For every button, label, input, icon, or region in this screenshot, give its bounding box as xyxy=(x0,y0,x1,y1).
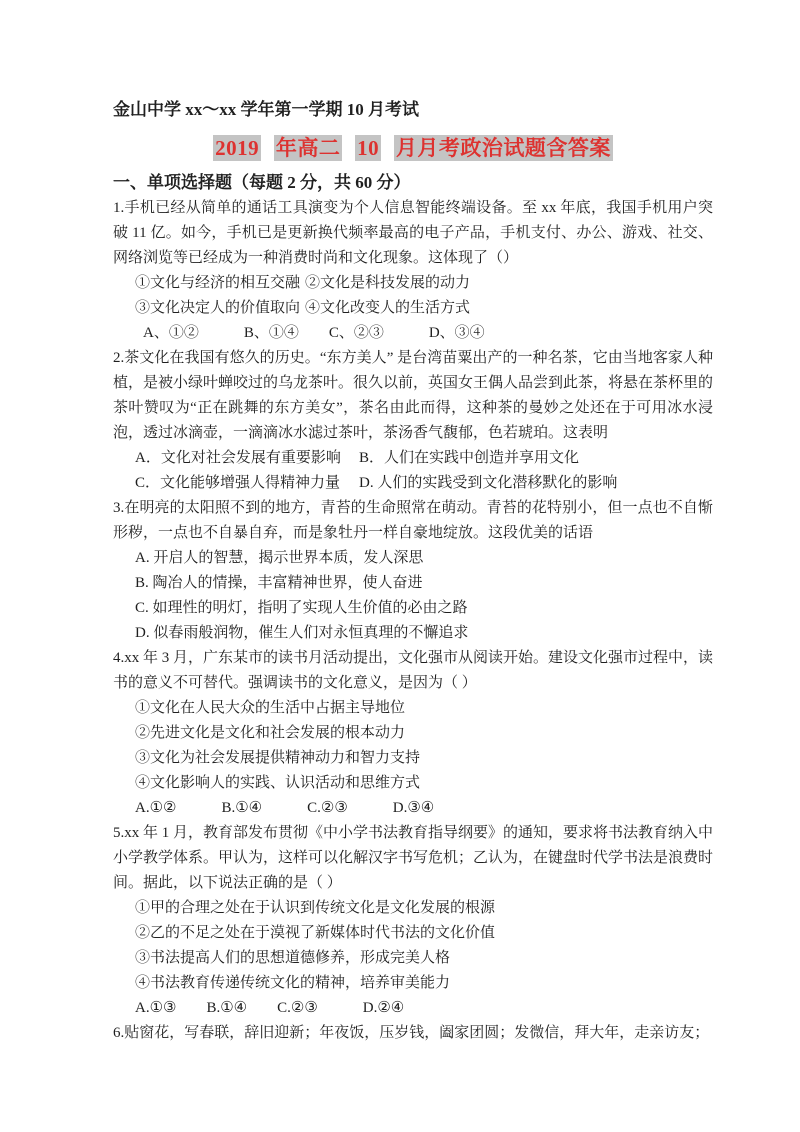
document-content: 金山中学 xx～xx 学年第一学期 10 月考试 2019 年高二 10 月月考… xyxy=(113,98,713,1046)
question-2-choices-row-2: C．文化能够增强人得精神力量 D. 人们的实践受到文化潜移默化的影响 xyxy=(113,471,713,496)
choice-item-c: C．文化能够增强人得精神力量 xyxy=(135,471,359,496)
choice-item-4: ④文化改变人的生活方式 xyxy=(305,296,713,321)
section-heading: 一、单项选择题（每题 2 分，共 60 分） xyxy=(113,169,713,196)
exam-header: 金山中学 xx～xx 学年第一学期 10 月考试 xyxy=(113,98,713,122)
question-3-stem: 3.在明亮的太阳照不到的地方，青苔的生命照常在萌动。青苔的花特别小，但一点也不自… xyxy=(113,496,713,546)
choice-item-3: ③书法提高人们的思想道德修养，形成完美人格 xyxy=(113,946,713,971)
choice-item-3: ③文化为社会发展提供精神动力和智力支持 xyxy=(113,746,713,771)
question-1-stem: 1.手机已经从简单的通话工具演变为个人信息智能终端设备。至 xx 年底，我国手机… xyxy=(113,196,713,271)
exam-title-segment-month: 10 xyxy=(355,135,381,161)
question-1: 1.手机已经从简单的通话工具演变为个人信息智能终端设备。至 xx 年底，我国手机… xyxy=(113,196,713,346)
choice-item-a: A. 开启人的智慧，揭示世界本质，发人深思 xyxy=(113,546,713,571)
exam-title-segment-grade: 年高二 xyxy=(274,135,343,161)
choice-item-a: A．文化对社会发展有重要影响 xyxy=(135,446,359,471)
choice-item-b: B．人们在实践中创造并享用文化 xyxy=(359,446,713,471)
choice-item-b: B. 陶冶人的情操，丰富精神世界，使人奋进 xyxy=(113,571,713,596)
question-1-answer-row: A、①② B、①④ C、②③ D、③④ xyxy=(113,321,713,346)
exam-title: 2019 年高二 10 月月考政治试题含答案 xyxy=(113,133,713,163)
choice-item-d: D. 人们的实践受到文化潜移默化的影响 xyxy=(359,471,713,496)
choice-item-4: ④书法教育传递传统文化的精神，培养审美能力 xyxy=(113,971,713,996)
exam-title-segment-year: 2019 xyxy=(213,135,261,161)
question-1-choices-row-2: ③文化决定人的价值取向 ④文化改变人的生活方式 xyxy=(113,296,713,321)
choice-item-1: ①文化在人民大众的生活中占据主导地位 xyxy=(113,696,713,721)
choice-item-2: ②先进文化是文化和社会发展的根本动力 xyxy=(113,721,713,746)
question-4: 4.xx 年 3 月，广东某市的读书月活动提出，文化强市从阅读开始。建设文化强市… xyxy=(113,646,713,821)
choice-item-2: ②乙的不足之处在于漠视了新媒体时代书法的文化价值 xyxy=(113,921,713,946)
choice-item-2: ②文化是科技发展的动力 xyxy=(305,271,713,296)
exam-title-segment-subject: 月月考政治试题含答案 xyxy=(394,135,613,161)
question-2-stem: 2.茶文化在我国有悠久的历史。“东方美人” 是台湾苗粟出产的一种名茶，它由当地客… xyxy=(113,346,713,446)
question-5: 5.xx 年 1 月，教育部发布贯彻《中小学书法教育指导纲要》的通知，要求将书法… xyxy=(113,821,713,1021)
question-5-stem: 5.xx 年 1 月，教育部发布贯彻《中小学书法教育指导纲要》的通知，要求将书法… xyxy=(113,821,713,896)
choice-item-4: ④文化影响人的实践、认识活动和思维方式 xyxy=(113,771,713,796)
choice-item-d: D. 似春雨般润物，催生人们对永恒真理的不懈追求 xyxy=(113,621,713,646)
question-2-choices-row-1: A．文化对社会发展有重要影响 B．人们在实践中创造并享用文化 xyxy=(113,446,713,471)
question-5-answer-row: A.①③ B.①④ C.②③ D.②④ xyxy=(113,996,713,1021)
question-1-choices-row-1: ①文化与经济的相互交融 ②文化是科技发展的动力 xyxy=(113,271,713,296)
choice-item-c: C. 如理性的明灯，指明了实现人生价值的必由之路 xyxy=(113,596,713,621)
exam-document-page: 金山中学 xx～xx 学年第一学期 10 月考试 2019 年高二 10 月月考… xyxy=(0,0,800,1132)
question-2: 2.茶文化在我国有悠久的历史。“东方美人” 是台湾苗粟出产的一种名茶，它由当地客… xyxy=(113,346,713,496)
choice-item-1: ①甲的合理之处在于认识到传统文化是文化发展的根源 xyxy=(113,896,713,921)
question-4-stem: 4.xx 年 3 月，广东某市的读书月活动提出，文化强市从阅读开始。建设文化强市… xyxy=(113,646,713,696)
question-6: 6.贴窗花，写春联，辞旧迎新；年夜饭，压岁钱，阖家团圆；发微信，拜大年，走亲访友… xyxy=(113,1021,713,1046)
choice-item-3: ③文化决定人的价值取向 xyxy=(135,296,305,321)
question-6-stem: 6.贴窗花，写春联，辞旧迎新；年夜饭，压岁钱，阖家团圆；发微信，拜大年，走亲访友… xyxy=(113,1021,713,1046)
question-3: 3.在明亮的太阳照不到的地方，青苔的生命照常在萌动。青苔的花特别小，但一点也不自… xyxy=(113,496,713,646)
choice-item-1: ①文化与经济的相互交融 xyxy=(135,271,305,296)
question-4-answer-row: A.①② B.①④ C.②③ D.③④ xyxy=(113,796,713,821)
